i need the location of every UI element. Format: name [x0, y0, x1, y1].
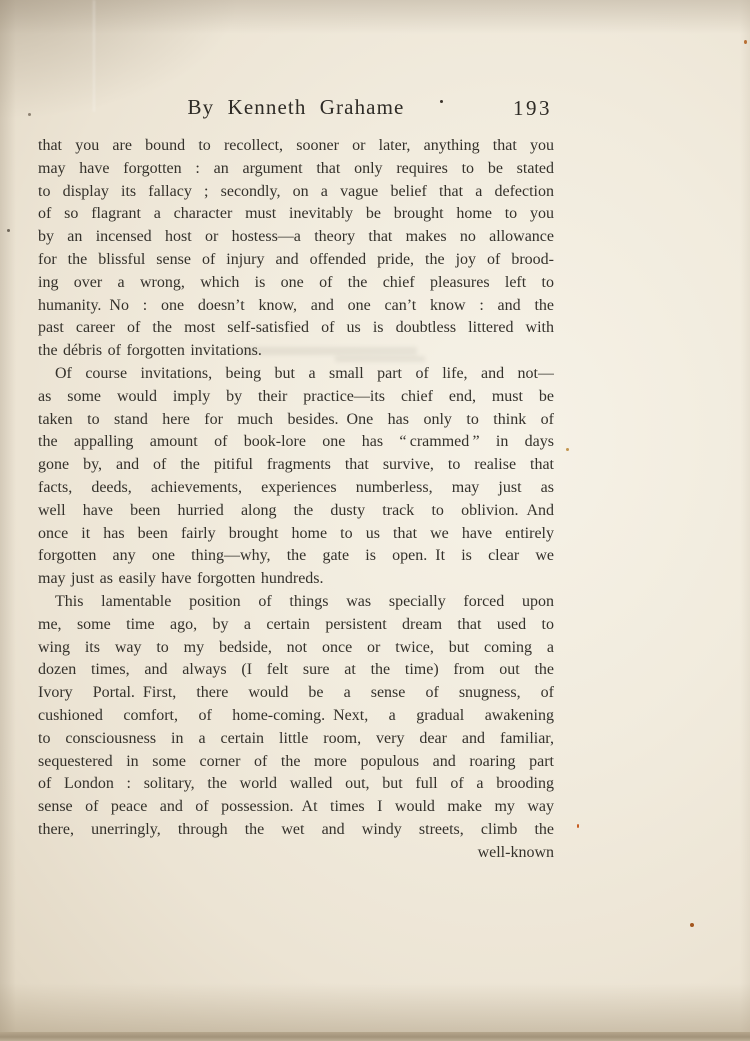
text-line: the appalling amount of book-lore one ha…: [38, 431, 554, 454]
page-number: 193: [513, 95, 552, 121]
paper-speck: [7, 229, 10, 232]
rust-speck: [577, 824, 579, 828]
text-line: dozen times, and always (I felt sure at …: [38, 659, 554, 682]
page-edge-shading-top: [0, 0, 750, 34]
text-line: for the blissful sense of injury and off…: [38, 249, 554, 272]
rust-speck: [744, 40, 747, 44]
text-line: by an incensed host or hostess—a theory …: [38, 226, 554, 249]
text-line: as some would imply by their practice—it…: [38, 386, 554, 409]
scanned-book-page: By Kenneth Grahame 193 that you are boun…: [0, 0, 750, 1041]
paper-speck: [28, 113, 31, 116]
text-line: This lamentable position of things was s…: [38, 591, 554, 614]
text-line: ing over a wrong, which is one of the ch…: [38, 272, 554, 295]
text-line: humanity. No : one doesn’t know, and one…: [38, 295, 554, 318]
text-line: sense of peace and of possession. At tim…: [38, 796, 554, 819]
text-line: once it has been fairly brought home to …: [38, 523, 554, 546]
text-line: me, some time ago, by a certain persiste…: [38, 614, 554, 637]
text-line: facts, deeds, achievements, experiences …: [38, 477, 554, 500]
text-line: of so flagrant a character must inevitab…: [38, 203, 554, 226]
text-line: forgotten any one thing—why, the gate is…: [38, 545, 554, 568]
text-line: wing its way to my bedside, not once or …: [38, 637, 554, 660]
text-line: cushioned comfort, of home-coming. Next,…: [38, 705, 554, 728]
text-line: past career of the most self-satisfied o…: [38, 317, 554, 340]
paper-speck: [566, 448, 569, 451]
text-line: Ivory Portal. First, there would be a se…: [38, 682, 554, 705]
text-line: may just as easily have forgotten hundre…: [38, 568, 554, 591]
text-line: of London : solitary, the world walled o…: [38, 773, 554, 796]
page-edge-shading-left: [0, 0, 16, 1041]
text-line: sequestered in some corner of the more p…: [38, 751, 554, 774]
rust-speck: [690, 923, 694, 927]
text-line: to display its fallacy ; secondly, on a …: [38, 181, 554, 204]
paragraph: that you are bound to recollect, sooner …: [38, 135, 554, 363]
paragraph: Of course invitations, being but a small…: [38, 363, 554, 591]
text-line: there, unerringly, through the wet and w…: [38, 819, 554, 842]
text-line: may have forgotten : an argument that on…: [38, 158, 554, 181]
text-line: well have been hurried along the dusty t…: [38, 500, 554, 523]
catchword-line: well-known: [38, 842, 554, 865]
page-bottom-edge: [0, 1032, 750, 1041]
running-head: By Kenneth Grahame 193: [38, 94, 554, 135]
text-line: Of course invitations, being but a small…: [38, 363, 554, 386]
text-line: taken to stand here for much besides. On…: [38, 409, 554, 432]
page-edge-shading-right: [740, 0, 750, 1041]
text-line: that you are bound to recollect, sooner …: [38, 135, 554, 158]
text-line: the débris of forgotten invitations.: [38, 340, 554, 363]
body-text: that you are bound to recollect, sooner …: [38, 135, 554, 865]
text-line: gone by, and of the pitiful fragments th…: [38, 454, 554, 477]
text-line: to consciousness in a certain little roo…: [38, 728, 554, 751]
page-edge-shading-bottom: [0, 983, 750, 1033]
paragraph: This lamentable position of things was s…: [38, 591, 554, 865]
page-title: By Kenneth Grahame: [188, 95, 405, 119]
page-content: By Kenneth Grahame 193 that you are boun…: [38, 94, 554, 865]
